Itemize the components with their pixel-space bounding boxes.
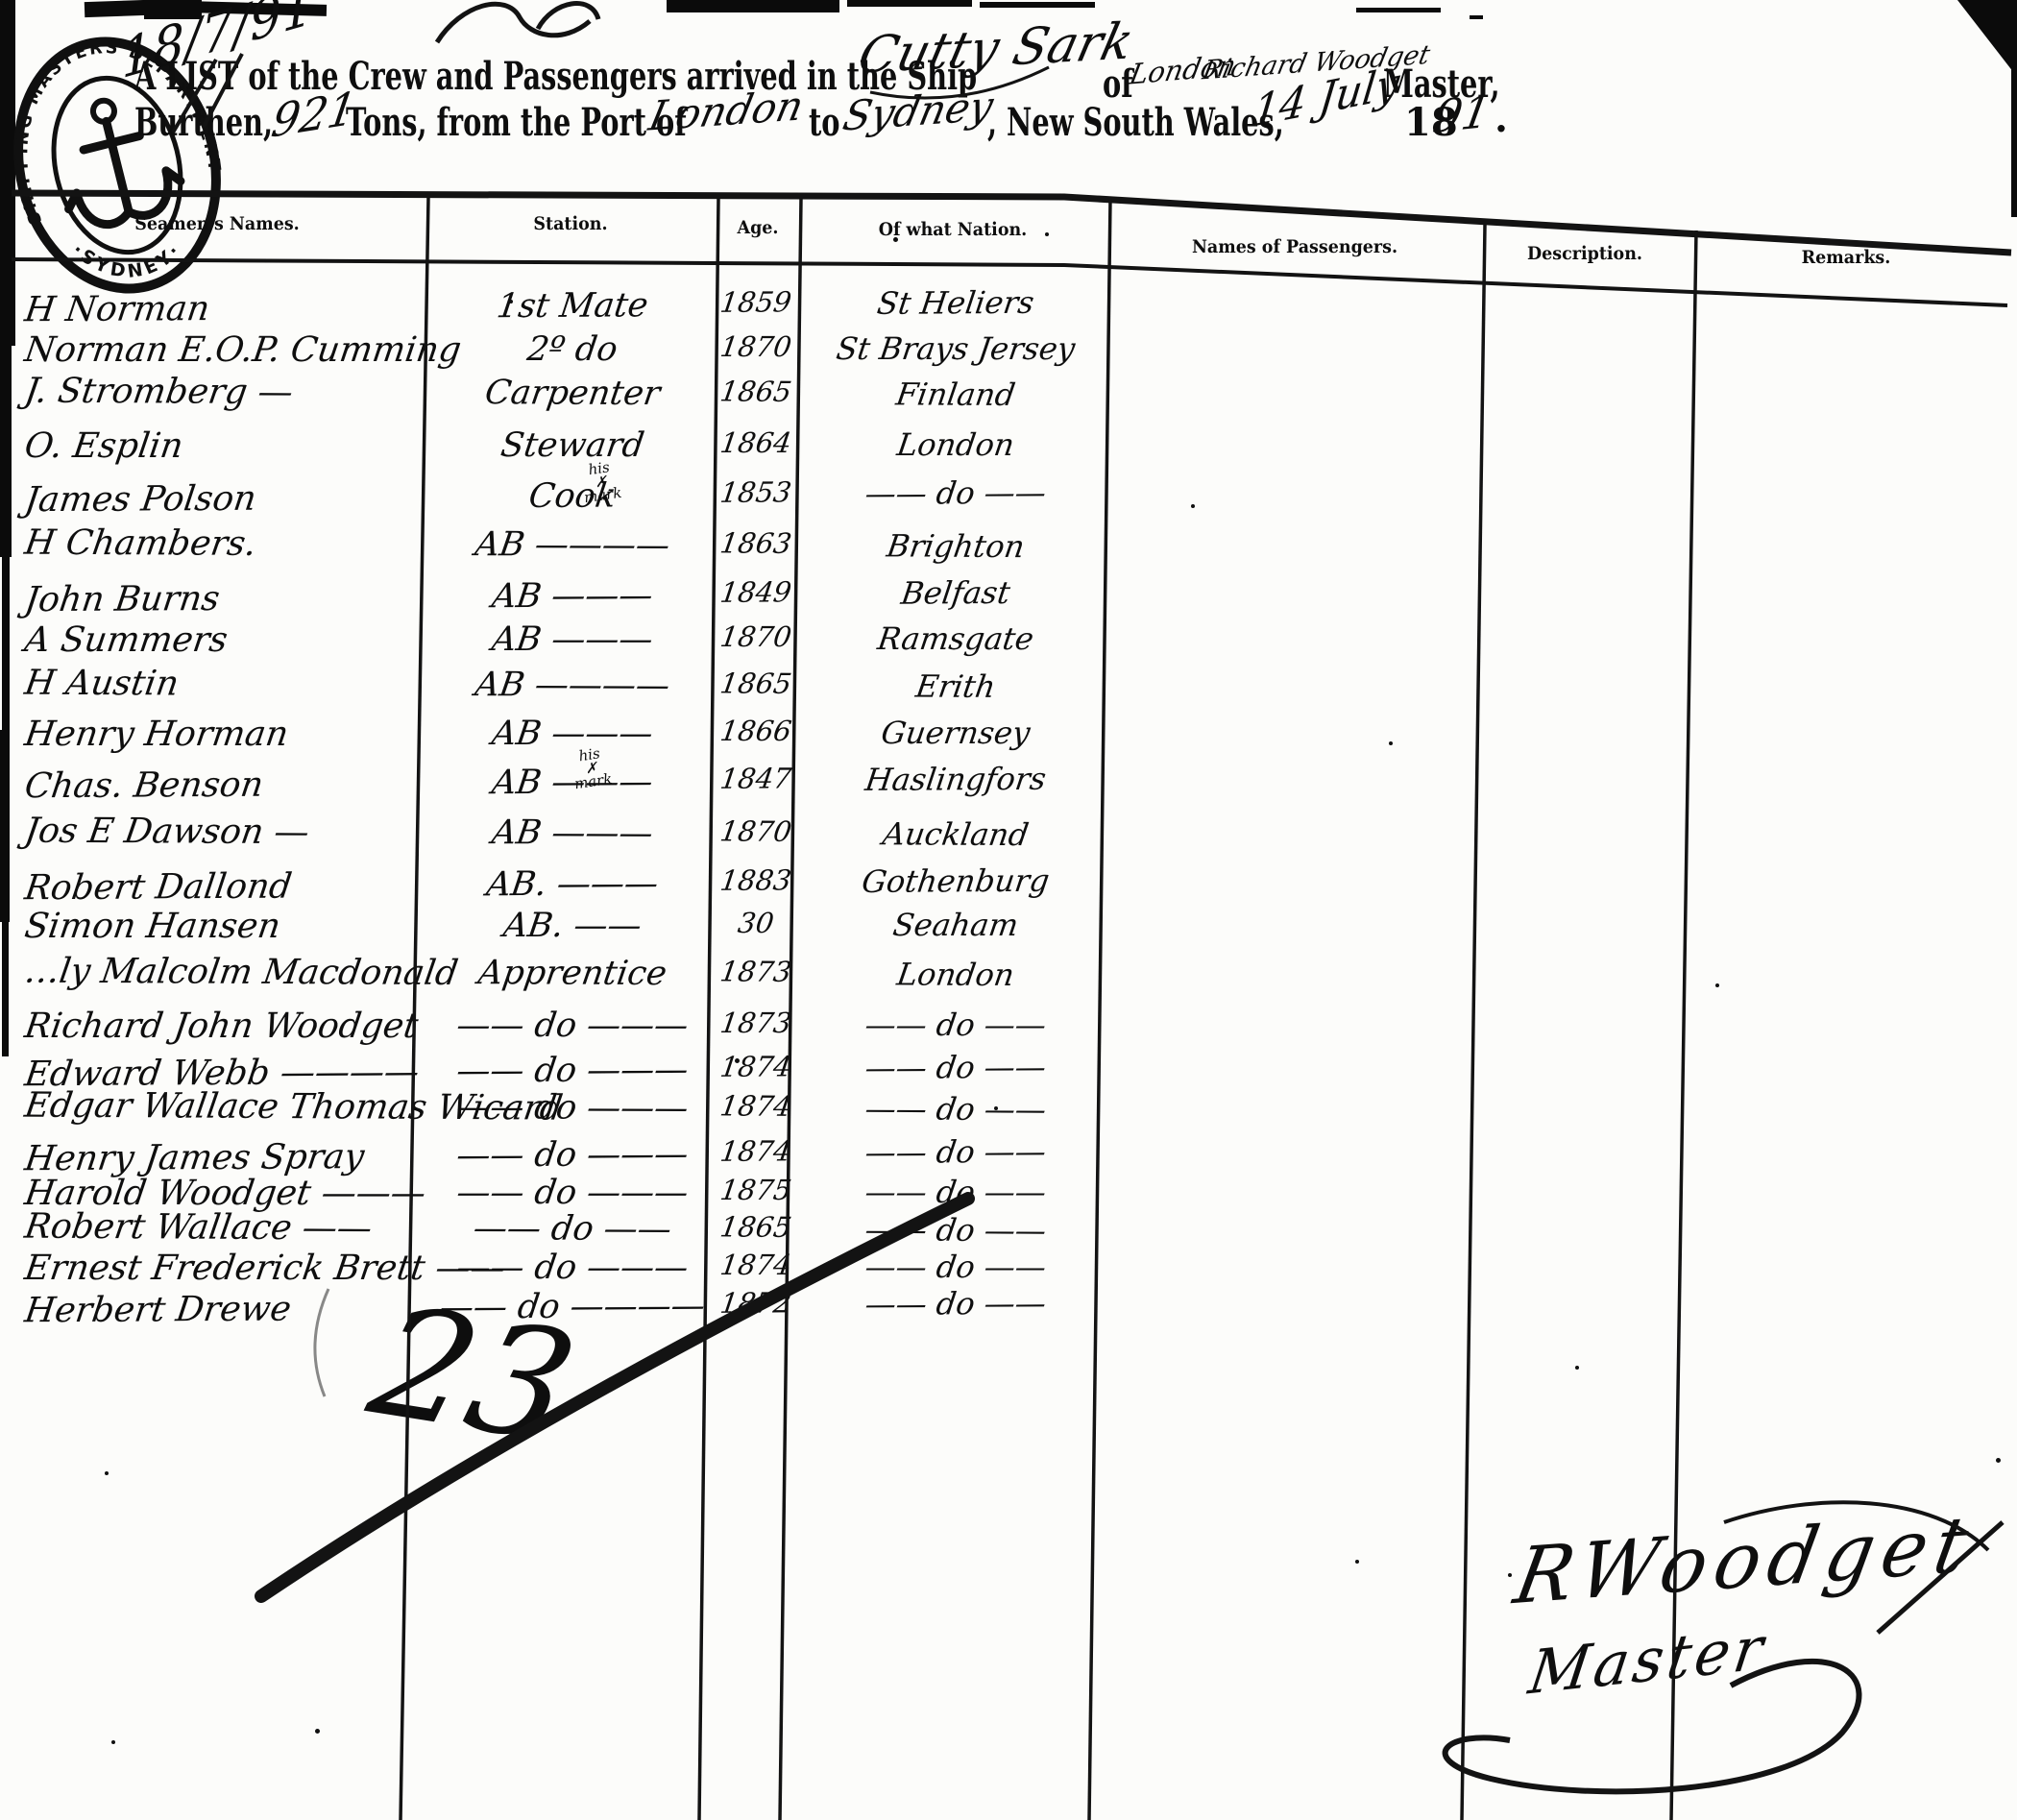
nation-value: Belfast (800, 573, 1110, 612)
nation-value: Brighton (800, 527, 1111, 566)
station-value: Steward (431, 426, 714, 465)
station-value: —— do ——— (431, 1135, 713, 1176)
station-value: 2º do (431, 330, 714, 369)
table-row: Norman E.O.P. Cumming 2º do 1870 St Bray… (0, 330, 2017, 378)
age-value: 1859 (713, 285, 800, 319)
nation-value: London (800, 956, 1111, 994)
port-to-value: Sydney (838, 82, 997, 140)
table-row: J. Stromberg — Carpenter 1865 Finland (0, 372, 2017, 430)
seaman-name: Norman E.O.P. Cumming (22, 330, 464, 370)
seaman-name: J. Stromberg — (22, 372, 296, 412)
scan-artifact (667, 0, 839, 12)
age-value: 1875 (713, 1174, 800, 1206)
scan-artifact (847, 0, 972, 7)
age-value: 1865 (713, 1210, 800, 1243)
column-header-5: Names of Passengers. (1192, 236, 1397, 257)
age-value: 1863 (713, 526, 800, 559)
nation-value: —— do —— (800, 1090, 1111, 1128)
year-value: 91 (1429, 85, 1495, 143)
nation-value: —— do —— (800, 1211, 1111, 1250)
heading-burthen-label: Burthen, (134, 100, 273, 145)
nation-value: Seaham (800, 907, 1110, 943)
age-value: 1883 (713, 863, 800, 897)
port-from-value: London (644, 82, 808, 140)
heading-colony-label: , New South Wales, (987, 100, 1284, 145)
age-value: 1873 (713, 955, 800, 987)
seaman-name: Henry James Spray (22, 1137, 366, 1178)
station-value: —— do ——— (431, 1174, 714, 1212)
seaman-name: James Polson (22, 479, 258, 521)
station-value: —— do ——— (431, 1249, 714, 1287)
age-value: 1872 (713, 1286, 800, 1320)
seaman-name: Herbert Drewe (22, 1290, 293, 1331)
station-value: Apprentice (431, 954, 714, 993)
master-signature: RWoodget (1508, 1499, 1981, 1622)
scan-artifact (2011, 63, 2017, 217)
nation-value: Haslingfors (800, 760, 1110, 798)
age-value: 1870 (713, 814, 800, 847)
seaman-name: John Burns (22, 579, 222, 619)
station-value: AB ——— (431, 715, 714, 753)
nation-value: Auckland (800, 815, 1111, 854)
nation-value: —— do —— (800, 1007, 1110, 1043)
table-row: Simon Hansen AB. —— 30 Seaham (0, 907, 2017, 955)
ship-name-value: Cutty Sark (853, 12, 1139, 85)
seaman-name: H Chambers. (22, 523, 259, 564)
seaman-name: O. Esplin (22, 426, 185, 466)
ink-speck (105, 1471, 109, 1475)
age-value: 1874 (713, 1050, 800, 1083)
nation-value: Finland (800, 376, 1111, 414)
table-row: H Austin AB ———— 1865 Erith (0, 664, 2017, 722)
age-value: 30 (713, 907, 800, 939)
table-row: O. Esplin Steward 1864 London (0, 426, 2017, 474)
age-value: 1847 (713, 762, 800, 795)
ink-speck (111, 1740, 115, 1744)
seaman-name: Jos E Dawson — (22, 812, 312, 853)
seaman-name: Chas. Benson (22, 765, 265, 807)
ink-speck (1508, 1573, 1512, 1577)
seaman-name: Simon Hansen (22, 907, 282, 946)
station-value: AB ———— (431, 666, 714, 705)
nation-value: Ramsgate (800, 620, 1110, 657)
station-value: —— do ——— (431, 1051, 713, 1091)
column-header-3: Age. (738, 217, 779, 238)
nation-value: —— do —— (800, 1174, 1110, 1210)
age-value: 1874 (713, 1249, 800, 1281)
column-header-2: Station. (533, 213, 607, 234)
table-row: A Summers AB ——— 1870 Ramsgate (0, 620, 2017, 668)
nation-value: —— do —— (800, 1132, 1110, 1171)
ink-speck (1045, 232, 1049, 236)
ink-speck (1355, 1560, 1359, 1564)
witness-mark: his ✗ mark (579, 459, 622, 504)
scan-artifact (1356, 8, 1441, 12)
seaman-name: A Summers (22, 620, 230, 660)
seaman-name: Henry Horman (22, 715, 291, 754)
station-value: AB ———— (431, 525, 714, 565)
ink-speck (315, 1729, 320, 1734)
station-value: Carpenter (431, 374, 714, 413)
column-header-4: Of what Nation. (879, 219, 1028, 240)
station-value: —— do —— (431, 1209, 714, 1249)
heading-end-mark: . (1495, 96, 1508, 141)
seaman-name: H Norman (22, 289, 212, 329)
master-signature-title: Master (1524, 1612, 1771, 1708)
age-value: 1864 (713, 426, 800, 459)
age-value: 1874 (713, 1089, 800, 1122)
nation-value: Gothenburg (800, 861, 1110, 900)
column-header-1: Seamen's Names. (134, 213, 300, 234)
age-value: 1873 (713, 1007, 800, 1039)
age-value: 1865 (713, 667, 800, 699)
age-value: 1874 (713, 1134, 800, 1168)
scan-artifact (980, 2, 1095, 8)
witness-mark: his ✗ mark (570, 745, 613, 790)
station-value: AB ——— (431, 813, 714, 853)
nation-value: London (800, 426, 1110, 463)
station-value: AB ——— (431, 576, 713, 617)
table-row: Henry Horman AB ——— 1866 Guernsey (0, 715, 2017, 763)
nation-value: —— do —— (800, 473, 1110, 512)
column-header-6: Description. (1527, 243, 1642, 264)
scan-artifact (1470, 15, 1483, 19)
heading-tons-label: Tons, from the Port of (346, 100, 687, 145)
station-value: Cook (431, 476, 713, 517)
seaman-name: Robert Dallond (22, 867, 294, 909)
age-value: 1870 (713, 620, 800, 653)
station-value: AB. —— (431, 907, 714, 945)
station-value: 1st Mate (431, 286, 713, 327)
table-row: James Polson Cook 1853 —— do —— his ✗ ma… (0, 469, 2017, 529)
nation-value: —— do —— (800, 1048, 1110, 1086)
station-value: AB ——— (431, 620, 714, 659)
crew-list-document: SHIPPING MASTERS DEPARTMENT ·SYDNEY· 18/… (0, 0, 2017, 1820)
nation-value: St Brays Jersey (800, 330, 1110, 367)
heading-to-label: to (809, 100, 840, 145)
age-value: 1870 (713, 330, 800, 363)
seaman-name: H Austin (22, 664, 182, 704)
age-value: 1849 (713, 575, 800, 609)
table-row: …ly Malcolm Macdonald Apprentice 1873 Lo… (0, 952, 2017, 1010)
station-value: —— do ——— (431, 1088, 714, 1128)
age-value: 1865 (713, 375, 800, 407)
seaman-name: Robert Wallace —— (22, 1207, 375, 1249)
table-row: Chas. Benson AB ——— 1847 Haslingfors his… (0, 755, 2017, 815)
ink-speck (1996, 1458, 2001, 1463)
ink-speck (1575, 1366, 1579, 1370)
station-value: —— do ——— (431, 1007, 714, 1045)
seaman-name: …ly Malcolm Macdonald (22, 952, 460, 993)
station-value: AB. ——— (431, 864, 713, 905)
nation-value: St Heliers (800, 283, 1110, 322)
seaman-name: Richard John Woodget (22, 1007, 421, 1046)
age-value: 1853 (713, 475, 800, 509)
table-row: John Burns AB ——— 1849 Belfast (0, 569, 2017, 629)
table-row: H Norman 1st Mate 1859 St Heliers (0, 279, 2017, 339)
nation-value: —— do —— (800, 1249, 1110, 1285)
column-header-7: Remarks. (1802, 247, 1891, 268)
nation-value: Guernsey (800, 715, 1110, 751)
nation-value: Erith (800, 667, 1111, 706)
nation-value: —— do —— (800, 1284, 1110, 1323)
age-value: 1866 (713, 715, 800, 747)
